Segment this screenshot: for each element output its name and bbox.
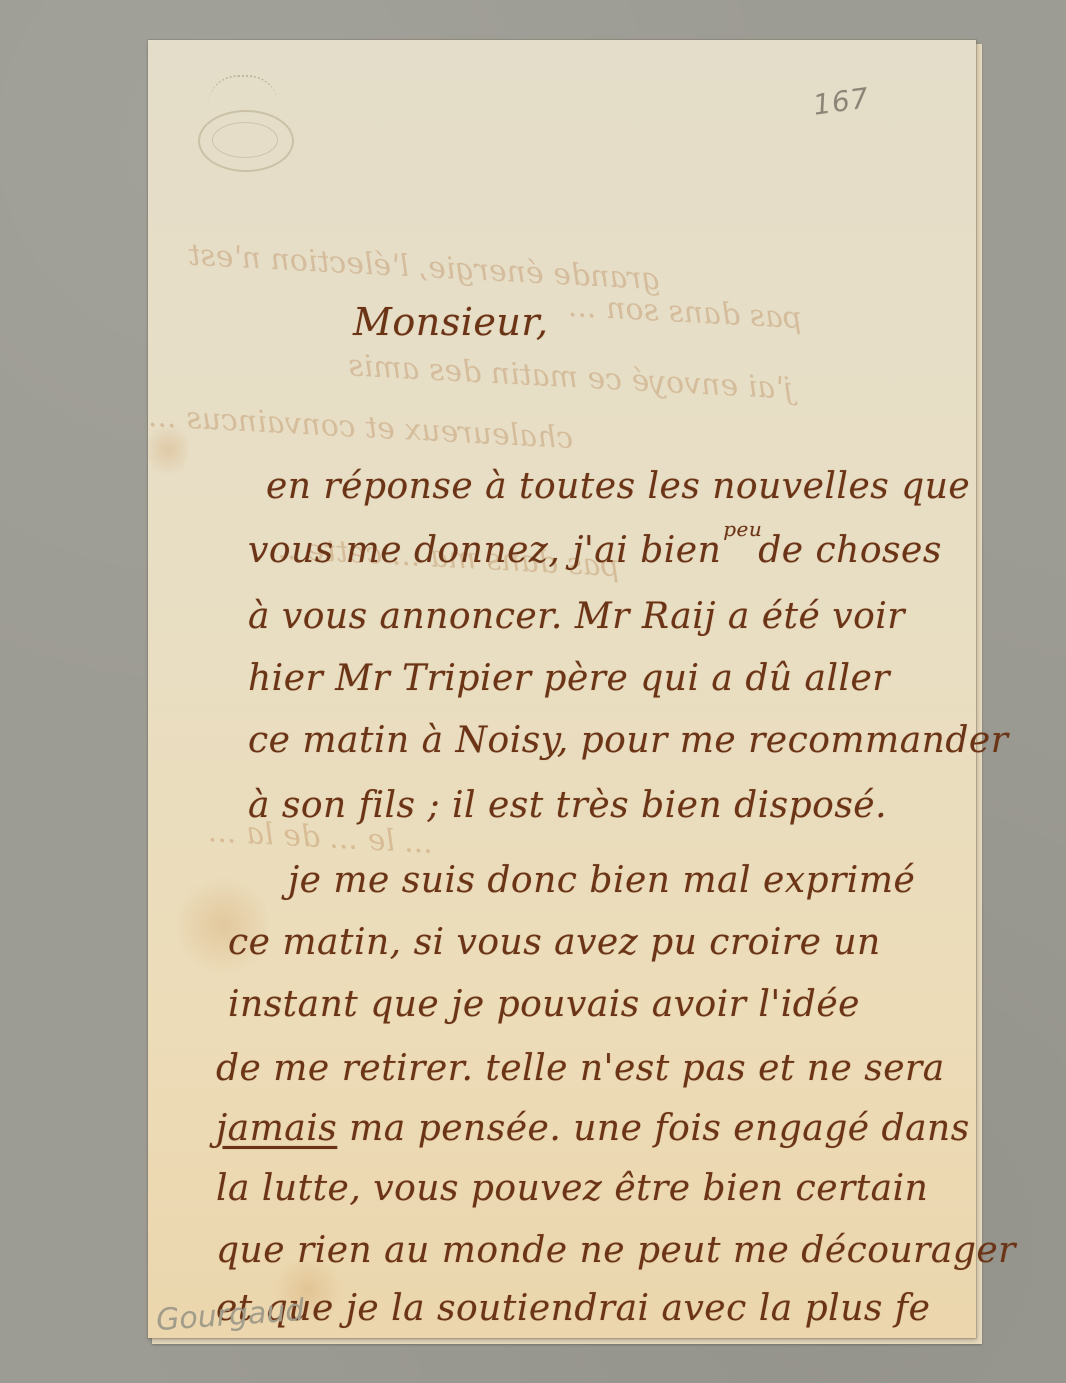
interlinear-insertion: peu	[723, 517, 762, 541]
letter-line: instant que je pouvais avoir l'idée	[228, 984, 860, 1025]
letter-line: jamais ma pensée. une fois engagé dans	[216, 1108, 970, 1149]
pencil-annotation: Gourgaud	[155, 1293, 306, 1338]
folio-number: 167	[811, 81, 871, 122]
letter-line: ce matin à Noisy, pour me recommander	[248, 720, 1008, 761]
bleed-through-text: pas dans son ...	[567, 289, 803, 336]
letter-line: que rien au monde ne peut me décourager	[216, 1230, 1016, 1271]
bleed-through-text: chaleureux et convaincus ...	[147, 399, 574, 456]
letter-line-text: de choses	[758, 530, 942, 571]
letter-sheet: 167 grande énergie, l'élection n'est pas…	[148, 40, 976, 1338]
letter-line: vous me donnez, j'ai bien peu de choses	[248, 530, 942, 571]
greeting: Monsieur,	[353, 300, 548, 344]
bleed-through-text: j'ai envoyé ce matin des amis	[347, 348, 793, 406]
bleed-through-text: grande énergie, l'élection n'est	[187, 238, 661, 298]
letter-line-text: ma pensée. une fois engagé dans	[337, 1108, 970, 1149]
letter-line: ce matin, si vous avez pu croire un	[228, 922, 881, 963]
stamp-oval-inner	[212, 122, 278, 158]
underlined-word: jamais	[216, 1108, 337, 1149]
letter-line: je me suis donc bien mal exprimé	[288, 860, 915, 901]
letter-line: la lutte, vous pouvez être bien certain	[216, 1168, 928, 1209]
letter-line-text: vous me donnez, j'ai bien	[248, 530, 721, 571]
embossed-crest-icon	[198, 70, 293, 170]
letter-line: en réponse à toutes les nouvelles que	[266, 466, 970, 507]
letter-line: à son fils ; il est très bien disposé.	[248, 785, 887, 826]
crown-icon	[208, 75, 278, 105]
letter-line: de me retirer. telle n'est pas et ne ser…	[216, 1048, 945, 1089]
letter-line: à vous annoncer. Mr Raij a été voir	[248, 596, 905, 637]
letter-line: hier Mr Tripier père qui a dû aller	[248, 658, 890, 699]
letter-line: et que je la soutiendrai avec la plus fe	[216, 1288, 930, 1329]
